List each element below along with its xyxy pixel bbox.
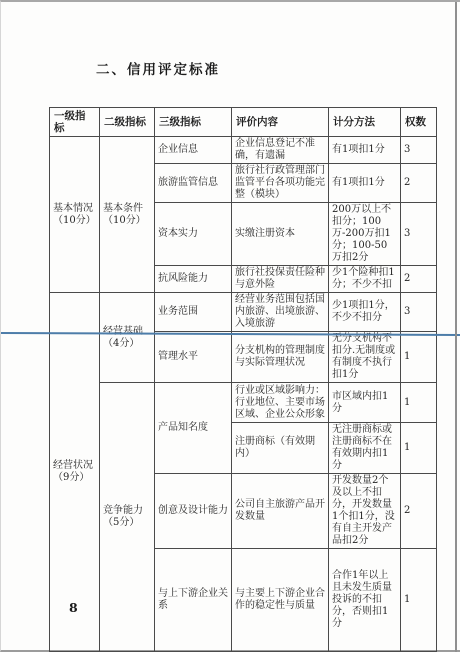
table-row: 基本情况 （10分） 基本条件 （10分） 企业信息 企业信息登记不准确，有遗漏…	[50, 137, 437, 164]
l2-competitiveness-cell: 竞争能力 （5分）	[100, 383, 155, 652]
weight-cell: 1	[401, 332, 437, 383]
l3-product-awareness-cell: 产品知名度	[155, 383, 232, 474]
l3-cell: 抗风险能力	[155, 266, 232, 293]
method-cell: 少1项扣1分，不少不扣分	[329, 293, 401, 332]
section-title: 二、信用评定标准	[96, 58, 220, 78]
content-cell: 经营业务范围包括国内旅游、出境旅游、入境旅游	[232, 293, 329, 332]
l3-cell: 创意及设计能力	[155, 474, 232, 549]
header-content: 评价内容	[232, 108, 329, 137]
weight-cell: 3	[401, 137, 437, 164]
method-cell: 有1项扣1分	[329, 164, 401, 203]
weight-cell: 1	[401, 383, 437, 423]
l3-cell: 企业信息	[155, 137, 232, 164]
l1-operating-status-cell: 经营状况 （9分）	[50, 293, 100, 652]
method-cell: 少1个险种扣1分；不少不扣	[329, 266, 401, 293]
weight-cell: 3	[401, 203, 437, 266]
weight-cell: 2	[401, 266, 437, 293]
weight-cell: 2	[401, 474, 437, 549]
content-cell: 旅行社投保责任险种与意外险	[232, 266, 329, 293]
weight-cell: 3	[401, 293, 437, 332]
weight-cell: 1	[401, 549, 437, 652]
content-cell: 旅行社行政管理部门监管平台各项功能完整（模块）	[232, 164, 329, 203]
scanned-page: 二、信用评定标准 一级指标 二级指标 三级指标 评价内容 计分方法 权数 基本情…	[0, 0, 460, 652]
table-row: 竞争能力 （5分） 产品知名度 行业或区域影响力：行业地位、主要市场区域、企业公…	[50, 383, 437, 423]
page-number: 8	[69, 600, 78, 615]
content-cell: 分支机构的管理制度与实际管理状况	[232, 332, 329, 383]
l3-cell: 业务范围	[155, 293, 232, 332]
header-method: 计分方法	[329, 108, 401, 137]
l2-basic-conditions-cell: 基本条件 （10分）	[100, 137, 155, 293]
content-cell: 注册商标（有效期内）	[232, 423, 329, 474]
method-cell: 有1项扣1分	[329, 137, 401, 164]
header-level2: 二级指标	[100, 108, 155, 137]
weight-cell: 1	[401, 423, 437, 474]
method-cell: 200万以上不扣分；100万-200万扣1分；100-50万扣2分	[329, 203, 401, 266]
header-level1: 一级指标	[50, 108, 100, 137]
table-header-row: 一级指标 二级指标 三级指标 评价内容 计分方法 权数	[50, 108, 437, 137]
l3-cell: 资本实力	[155, 203, 232, 266]
method-cell: 合作1年以上且未发生质量投诉的不扣分，否则扣1分	[329, 549, 401, 652]
l2-business-foundation-cell: 经营基础 （4分）	[100, 293, 155, 383]
l3-cell: 与上下游企业关系	[155, 549, 232, 652]
l1-basic-info-cell: 基本情况 （10分）	[50, 137, 100, 293]
content-cell: 企业信息登记不准确，有遗漏	[232, 137, 329, 164]
table-row: 经营状况 （9分） 经营基础 （4分） 业务范围 经营业务范围包括国内旅游、出境…	[50, 293, 437, 332]
content-cell: 与主要上下游企业合作的稳定性与质量	[232, 549, 329, 652]
content-cell: 行业或区域影响力：行业地位、主要市场区域、企业公众形象	[232, 383, 329, 423]
method-cell: 无分支机构不扣分.无制度或有制度不执行扣1分	[329, 332, 401, 383]
header-level3: 三级指标	[155, 108, 232, 137]
l3-cell: 旅游监管信息	[155, 164, 232, 203]
content-cell: 公司自主旅游产品开发数量	[232, 474, 329, 549]
method-cell: 无注册商标或注册商标不在有效期内扣1分	[329, 423, 401, 474]
content-cell: 实缴注册资本	[232, 203, 329, 266]
scan-edge	[455, 2, 457, 652]
method-cell: 市区域内扣1分	[329, 383, 401, 423]
credit-rating-table: 一级指标 二级指标 三级指标 评价内容 计分方法 权数 基本情况 （10分） 基…	[49, 107, 437, 652]
l3-cell: 管理水平	[155, 332, 232, 383]
weight-cell: 2	[401, 164, 437, 203]
header-weight: 权数	[401, 108, 437, 137]
method-cell: 开发数量2个及以上不扣分，开发数量1个扣1分，没有自主开发产品扣2分	[329, 474, 401, 549]
